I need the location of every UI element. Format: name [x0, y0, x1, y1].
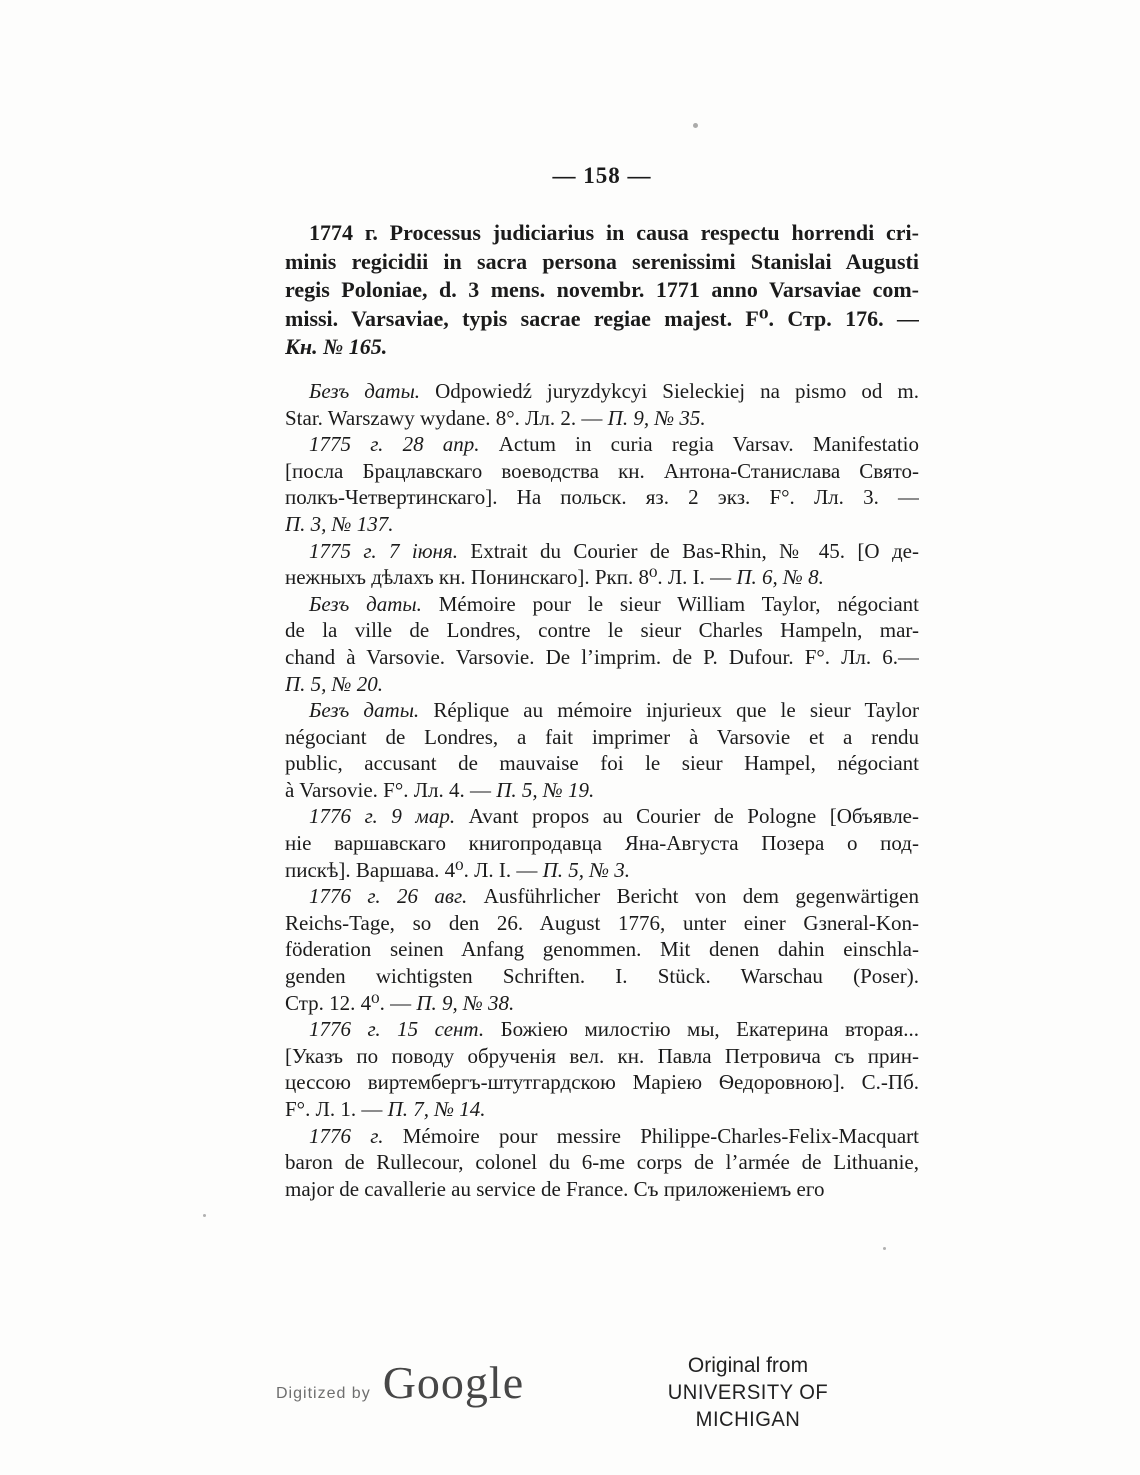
digitized-by-google-mark: Digitized by Google [276, 1356, 524, 1409]
entry-line: ніе варшавскаго книгопродавца Яна-Август… [285, 830, 919, 857]
entry-text-segment: П. 5, № 3. [543, 858, 630, 882]
entry-1776-9-mar-avant-propos: 1776 г. 9 мар. Avant propos au Courier d… [285, 803, 919, 883]
catalog-entries: 1774 г. Processus judiciarius in causa r… [285, 219, 919, 1202]
entry-text-segment: ніе варшавскаго книгопродавца Яна-Август… [285, 831, 919, 855]
entry-bez-daty-odpowiedz: Безъ даты. Odpowiedź juryzdykcyi Sieleck… [285, 378, 919, 431]
entry-line: 1776 г. 26 авг. Ausführlicher Bericht vo… [285, 883, 919, 910]
scanned-page: — 158 — 1774 г. Processus judiciarius in… [0, 0, 1140, 1475]
scan-speck [693, 123, 698, 128]
entry-text-segment: public, accusant de mauvaise foi le sieu… [285, 751, 919, 775]
provenance-mark: Original from UNIVERSITY OF MICHIGAN [612, 1352, 884, 1433]
entry-text-segment: Безъ даты. [309, 698, 419, 722]
entry-text-segment: цессою виртембергъ-штутгардскою Маріею Ѳ… [285, 1070, 919, 1094]
entry-text-segment: minis regicidii in sacra persona serenis… [285, 249, 919, 274]
entry-text-segment: Безъ даты. [309, 379, 420, 403]
entry-line: нежныхъ дѣлахъ кн. Понинскаго]. Ркп. 8⁰.… [285, 564, 919, 591]
entry-text-segment: полкъ-Четвертинскаго]. На польск. яз. 2 … [285, 485, 919, 509]
entry-line: Безъ даты. Mémoire pour le sieur William… [285, 591, 919, 618]
entry-line: полкъ-Четвертинскаго]. На польск. яз. 2 … [285, 484, 919, 511]
scan-speck [203, 1214, 206, 1217]
entry-text-segment: Божіею милостію мы, Екатерина вторая... [484, 1017, 919, 1041]
entry-1775-7-june-extrait: 1775 г. 7 іюня. Extrait du Courier de Ba… [285, 538, 919, 591]
entry-line: föderation seinen Anfang genommen. Mit d… [285, 936, 919, 963]
entry-1776-26-aug-bericht: 1776 г. 26 авг. Ausführlicher Bericht vo… [285, 883, 919, 1016]
entry-line: F°. Л. 1. — П. 7, № 14. [285, 1096, 919, 1123]
entry-line: 1776 г. Mémoire pour messire Philippe-Ch… [285, 1123, 919, 1150]
entry-line: 1774 г. Processus judiciarius in causa r… [285, 219, 919, 248]
entry-line: Star. Warszawy wydane. 8°. Лл. 2. — П. 9… [285, 405, 919, 432]
entry-1775-28-apr-actum: 1775 г. 28 апр. Actum in curia regia Var… [285, 431, 919, 537]
entry-text-segment: négociant de Londres, a fait imprimer à … [285, 725, 919, 749]
entry-text-segment: Réplique au mémoire injurieux que le sie… [419, 698, 919, 722]
entry-line: Кн. № 165. [285, 333, 919, 362]
entry-line: [Указъ по поводу обрученія вел. кн. Павл… [285, 1043, 919, 1070]
entry-text-segment: Odpowiedź juryzdykcyi Sieleckiej na pism… [420, 379, 919, 403]
entry-1776-15-sent-ukaz: 1776 г. 15 сент. Божіею милостію мы, Ека… [285, 1016, 919, 1122]
google-logo: Google [383, 1356, 524, 1409]
digitized-by-label: Digitized by [276, 1385, 371, 1403]
entry-line: 1775 г. 7 іюня. Extrait du Courier de Ba… [285, 538, 919, 565]
entry-text-segment: Star. Warszawy wydane. 8°. Лл. 2. — [285, 406, 608, 430]
entry-line: genden wichtigsten Schriften. I. Stück. … [285, 963, 919, 990]
entry-line: major de cavallerie au service de France… [285, 1176, 919, 1203]
entry-text-segment: baron de Rullecour, colonel du 6-me corp… [285, 1150, 919, 1174]
entry-text-segment: 1776 г. 26 авг. [309, 884, 467, 908]
entry-text-segment: F°. Л. 1. — [285, 1097, 388, 1121]
entry-line: à Varsovie. F°. Лл. 4. — П. 5, № 19. [285, 777, 919, 804]
entry-text-segment: П. 9, № 35. [608, 406, 706, 430]
entry-text-segment: П. 9, № 38. [416, 991, 514, 1015]
entry-line: public, accusant de mauvaise foi le sieu… [285, 750, 919, 777]
entry-text-segment: chand à Varsovie. Varsovie. De l’imprim.… [285, 645, 919, 669]
entry-line: Reichs-Tage, so den 26. August 1776, unt… [285, 910, 919, 937]
entry-1776-memoire-macquart: 1776 г. Mémoire pour messire Philippe-Ch… [285, 1123, 919, 1203]
page-number: — 158 — [285, 163, 919, 189]
entry-text-segment: П. 5, № 20. [285, 672, 383, 696]
entry-line: baron de Rullecour, colonel du 6-me corp… [285, 1149, 919, 1176]
entry-text-segment: missi. Varsaviae, typis sacrae regiae ma… [285, 306, 919, 331]
entry-text-segment: Безъ даты. [309, 592, 422, 616]
entry-line: Безъ даты. Odpowiedź juryzdykcyi Sieleck… [285, 378, 919, 405]
original-from-label: Original from [612, 1352, 884, 1379]
entry-text-segment: 1775 г. 28 апр. [309, 432, 480, 456]
entry-text-segment: Extrait du Courier de Bas-Rhin, № 45. [О… [458, 539, 919, 563]
entry-text-segment: Стр. 12. 4⁰. — [285, 991, 416, 1015]
entry-line: missi. Varsaviae, typis sacrae regiae ma… [285, 305, 919, 334]
entry-text-segment: Reichs-Tage, so den 26. August 1776, unt… [285, 911, 919, 935]
entry-line: de la ville de Londres, contre le sieur … [285, 617, 919, 644]
entry-text-segment: П. 5, № 19. [496, 778, 594, 802]
entry-line: П. 3, № 137. [285, 511, 919, 538]
entry-line: 1775 г. 28 апр. Actum in curia regia Var… [285, 431, 919, 458]
entry-text-segment: Avant propos au Courier de Pologne [Объя… [455, 804, 919, 828]
entry-text-segment: П. 6, № 8. [736, 565, 823, 589]
entry-line: [посла Брацлавскаго воеводства кн. Антон… [285, 458, 919, 485]
entry-text-segment: de la ville de Londres, contre le sieur … [285, 618, 919, 642]
entry-text-segment: genden wichtigsten Schriften. I. Stück. … [285, 964, 919, 988]
entry-text-segment: 1776 г. 15 сент. [309, 1017, 484, 1041]
entry-text-segment: 1776 г. 9 мар. [309, 804, 455, 828]
entry-text-segment: à Varsovie. F°. Лл. 4. — [285, 778, 496, 802]
entry-text-segment: föderation seinen Anfang genommen. Mit d… [285, 937, 919, 961]
entry-text-segment: Mémoire pour le sieur William Taylor, né… [422, 592, 919, 616]
entry-line: 1776 г. 15 сент. Божіею милостію мы, Ека… [285, 1016, 919, 1043]
entry-text-segment: major de cavallerie au service de France… [285, 1177, 824, 1201]
entry-text-segment: П. 7, № 14. [388, 1097, 486, 1121]
entry-line: minis regicidii in sacra persona serenis… [285, 248, 919, 277]
entry-line: regis Poloniae, d. 3 mens. novembr. 1771… [285, 276, 919, 305]
entry-line: цессою виртембергъ-штутгардскою Маріею Ѳ… [285, 1069, 919, 1096]
scan-speck [883, 1247, 886, 1250]
university-label: UNIVERSITY OF MICHIGAN [617, 1379, 878, 1433]
entry-bez-daty-memoire-taylor: Безъ даты. Mémoire pour le sieur William… [285, 591, 919, 697]
entry-text-segment: пискѣ]. Варшава. 4⁰. Л. I. — [285, 858, 543, 882]
entry-text-segment: regis Poloniae, d. 3 mens. novembr. 1771… [285, 277, 919, 302]
entry-text-segment: 1774 г. Processus judiciarius in causa r… [309, 220, 919, 245]
entry-text-segment: [посла Брацлавскаго воеводства кн. Антон… [285, 459, 919, 483]
entry-text-segment: [Указъ по поводу обрученія вел. кн. Павл… [285, 1044, 919, 1068]
entry-line: Безъ даты. Réplique au mémoire injurieux… [285, 697, 919, 724]
entry-text-segment: 1776 г. [309, 1124, 383, 1148]
entry-line: chand à Varsovie. Varsovie. De l’imprim.… [285, 644, 919, 671]
entry-bez-daty-replique: Безъ даты. Réplique au mémoire injurieux… [285, 697, 919, 803]
entry-line: П. 5, № 20. [285, 671, 919, 698]
entry-line: négociant de Londres, a fait imprimer à … [285, 724, 919, 751]
entry-1774-processus: 1774 г. Processus judiciarius in causa r… [285, 219, 919, 362]
entry-text-segment: Кн. № 165. [285, 334, 387, 359]
entry-text-segment: Ausführlicher Bericht von dem gegenwärti… [467, 884, 919, 908]
entry-text-segment: Mémoire pour messire Philippe-Charles-Fe… [383, 1124, 919, 1148]
entry-line: 1776 г. 9 мар. Avant propos au Courier d… [285, 803, 919, 830]
entry-text-segment: Actum in curia regia Varsav. Manifestati… [480, 432, 919, 456]
entry-line: пискѣ]. Варшава. 4⁰. Л. I. — П. 5, № 3. [285, 857, 919, 884]
entry-text-segment: П. 3, № 137. [285, 512, 393, 536]
entry-text-segment: 1775 г. 7 іюня. [309, 539, 458, 563]
entry-line: Стр. 12. 4⁰. — П. 9, № 38. [285, 990, 919, 1017]
entry-text-segment: нежныхъ дѣлахъ кн. Понинскаго]. Ркп. 8⁰.… [285, 565, 736, 589]
